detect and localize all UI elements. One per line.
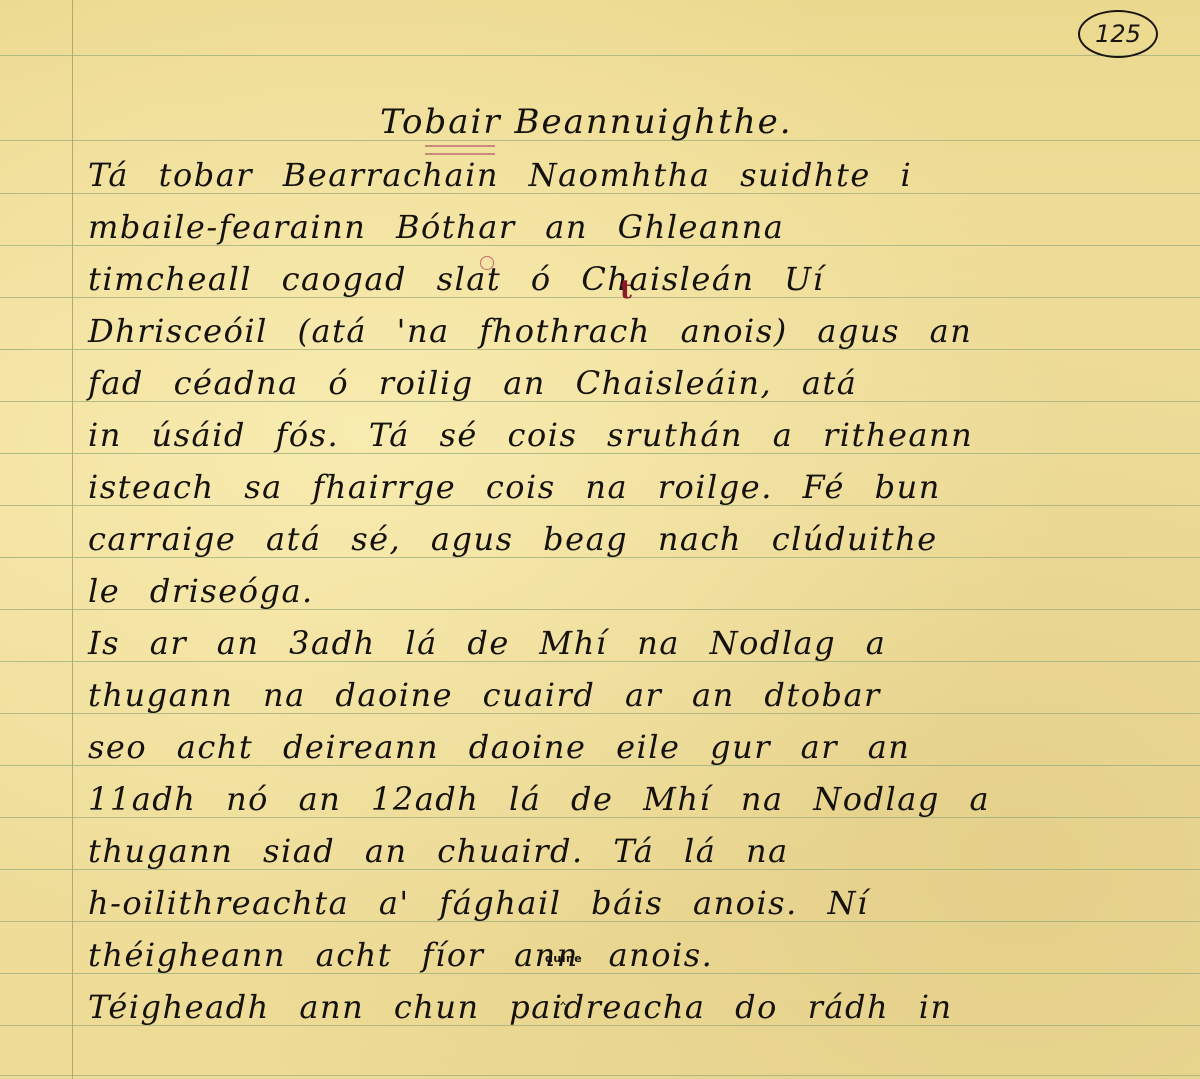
text-line: carraige atá sé, agus beag nach clúduith…: [88, 520, 938, 558]
red-ink-correction: t: [620, 275, 632, 305]
text-line: Is ar an 3adh lá de Mhí na Nodlag a: [88, 624, 886, 662]
text-line: Téigheadh ann chun paidreacha do rádh in: [88, 988, 953, 1026]
text-line: seo acht deireann daoine eile gur ar an: [88, 728, 910, 766]
text-line: isteach sa fhairrge cois na roilge. Fé b…: [88, 468, 941, 506]
text-line: in úsáid fós. Tá sé cois sruthán a rithe…: [88, 416, 973, 454]
page-number-text: 125: [1095, 20, 1141, 48]
text-line: 11adh nó an 12adh lá de Mhí na Nodlag a: [88, 780, 990, 818]
red-circle-mark: [480, 256, 494, 270]
page-number: 125: [1078, 10, 1158, 58]
text-line: mbaile-fearainn Bóthar an Ghleanna: [88, 208, 784, 246]
red-pencil-underline: [425, 145, 495, 155]
text-line: Tá tobar Bearrachain Naomhtha suidhte i: [88, 156, 912, 194]
text-line: h-oilithreachta a' fághail báis anois. N…: [88, 884, 869, 922]
page-title: Tobair Beannuighthe.: [380, 102, 793, 142]
text-line: le driseóga.: [88, 572, 314, 610]
text-line: timcheall caogad slat ó Chaisleán Uí: [88, 260, 824, 298]
insertion-caret-icon: ‸: [560, 985, 566, 1006]
margin-line: [72, 0, 73, 1079]
ruled-line: [0, 1075, 1200, 1076]
text-line: fad céadna ó roilig an Chaisleáin, atá: [88, 364, 857, 402]
interlinear-insertion: duine: [545, 952, 582, 965]
text-line: théigheann acht fíor ann anois.: [88, 936, 713, 974]
ruled-line: [0, 55, 1200, 56]
manuscript-page: 125 Tobair Beannuighthe. Tá tobar Bearra…: [0, 0, 1200, 1079]
text-line: thugann siad an chuaird. Tá lá na: [88, 832, 789, 870]
text-line: thugann na daoine cuaird ar an dtobar: [88, 676, 881, 714]
text-line: Dhrisceóil (atá 'na fhothrach anois) agu…: [88, 312, 972, 350]
